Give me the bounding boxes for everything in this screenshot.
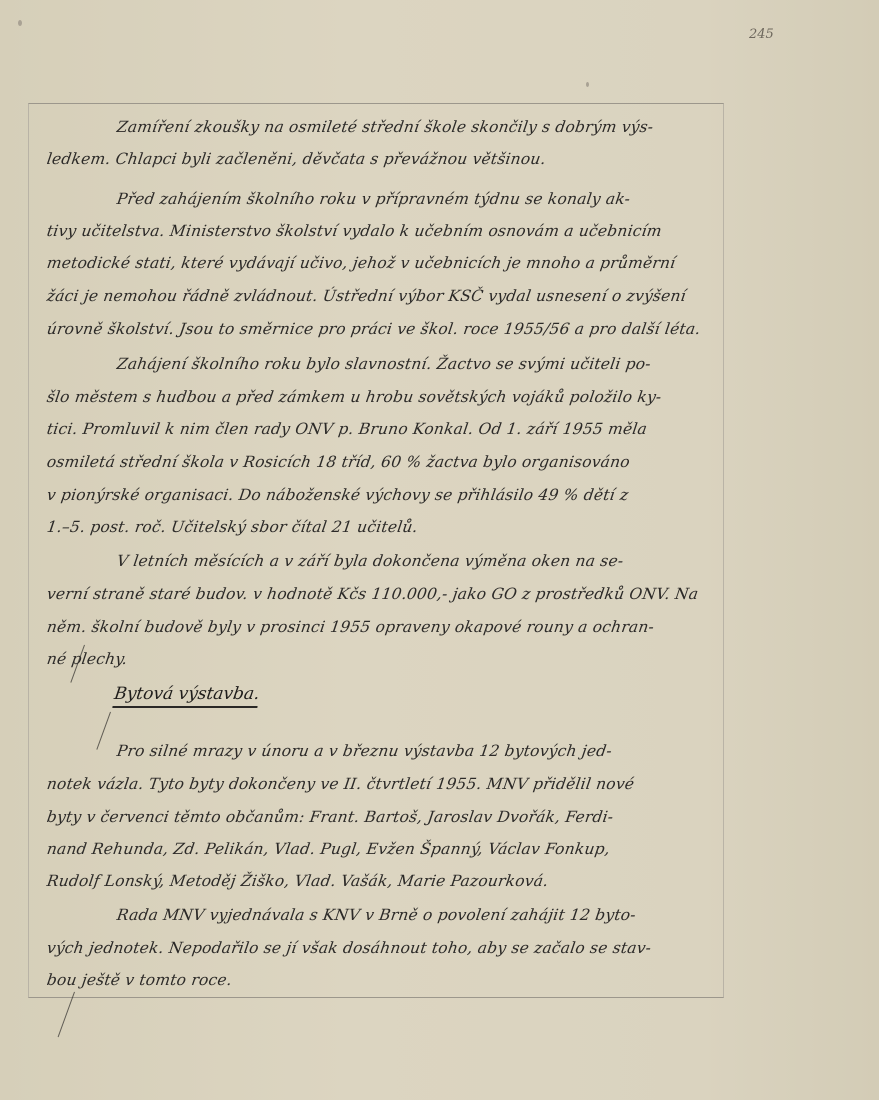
page-number: 245 [749, 27, 774, 42]
text-line: 1.–5. post. roč. Učitelský sbor čítal 21… [44, 518, 419, 548]
text-line: úrovně školství. Jsou to směrnice pro pr… [44, 320, 702, 350]
text-line: byty v červenci těmto občanům: Frant. Ba… [44, 808, 615, 838]
text-line: Před zahájením školního roku v přípravné… [114, 190, 631, 220]
text-line: tivy učitelstva. Ministerstvo školství v… [44, 222, 663, 252]
text-line: ledkem. Chlapci byli začleněni, děvčata … [44, 150, 547, 180]
section-heading: Bytová výstavba. [112, 684, 261, 708]
text-line: osmiletá střední škola v Rosicích 18 tří… [44, 453, 631, 483]
text-line: Zamíření zkoušky na osmileté střední ško… [114, 118, 655, 148]
text-line: notek vázla. Tyto byty dokončeny ve II. … [44, 775, 636, 805]
text-line: né plechy. [44, 650, 129, 680]
text-line: Rudolf Lonský, Metoděj Žiško, Vlad. Vašá… [44, 872, 550, 902]
text-line: šlo městem s hudbou a před zámkem u hrob… [44, 388, 663, 418]
text-line: v pionýrské organisaci. Do náboženské vý… [44, 486, 630, 516]
text-line: nand Rehunda, Zd. Pelikán, Vlad. Pugl, E… [44, 840, 611, 870]
text-line: V letních měsících a v září byla dokonče… [114, 552, 625, 582]
text-line: tici. Promluvil k nim člen rady ONV p. B… [44, 420, 648, 450]
text-line: Pro silné mrazy v únoru a v březnu výsta… [114, 742, 613, 772]
paper-speck [586, 82, 589, 87]
text-line: vých jednotek. Nepodařilo se jí však dos… [44, 939, 652, 969]
paper-speck [18, 20, 22, 26]
text-line: něm. školní budově byly v prosinci 1955 … [44, 618, 655, 648]
text-line: verní straně staré budov. v hodnotě Kčs … [44, 585, 700, 615]
text-line: žáci je nemohou řádně zvládnout. Ústředn… [44, 287, 687, 317]
text-line: Zahájení školního roku bylo slavnostní. … [114, 355, 652, 385]
text-line: Rada MNV vyjednávala s KNV v Brně o povo… [114, 906, 637, 936]
text-line: metodické stati, které vydávají učivo, j… [44, 254, 677, 284]
